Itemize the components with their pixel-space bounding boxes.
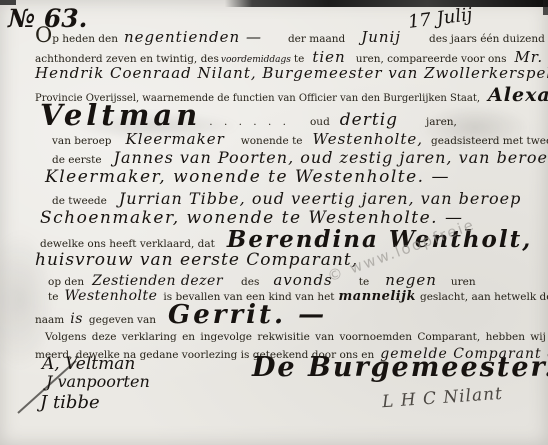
handwritten-entry-witness2: Jurrian Tibbe, oud veertig jaren, van be… xyxy=(119,189,522,208)
handwritten-entry-gender: mannelijk xyxy=(339,289,416,304)
handwritten-entry-mother-details: huisvrouw van eerste Comparant, xyxy=(35,250,358,270)
printed-text: des jaars één duizend xyxy=(429,33,545,45)
printed-text: de eerste xyxy=(52,154,102,166)
scan-edge-right xyxy=(543,0,548,15)
handwritten-entry-father-age: dertig xyxy=(340,110,398,130)
printed-text: te xyxy=(359,276,369,288)
printed-text: naam xyxy=(35,314,64,326)
drop-cap: O xyxy=(35,30,52,40)
handwritten-entry-birth-day: Zestienden dezer xyxy=(92,273,223,289)
handwritten-entry-father-residence: Westenholte, xyxy=(313,130,424,148)
printed-text: de tweede xyxy=(52,195,107,207)
printed-text: van beroep xyxy=(52,135,112,147)
handwritten-word: is xyxy=(70,311,83,327)
handwritten-entry-child-name: Gerrit. — xyxy=(168,300,327,330)
printed-text: jaren, xyxy=(426,116,457,128)
signature-official-name: L H C Nilant xyxy=(381,384,503,412)
printed-text: Volgens deze verklaring en ingevolge rek… xyxy=(45,331,548,343)
handwritten-entry-father-firstname: Alexander xyxy=(488,84,548,106)
handwritten-entry-day: negentienden — xyxy=(124,28,262,46)
handwritten-entry-witness2-details: Schoenmaker, wonende te Westenholte. — xyxy=(40,208,463,228)
printed-text: uren xyxy=(451,276,476,288)
handwritten-entry-month: Junij xyxy=(361,28,401,46)
handwritten-entry-registrar-name: Hendrik Coenraad Nilant, Burgemeester va… xyxy=(35,64,548,82)
handwritten-entry-birth-daypart: avonds xyxy=(273,271,332,289)
handwritten-entry-father-occupation: Kleermaker xyxy=(126,130,225,148)
printed-text: gegeven van xyxy=(89,314,156,326)
printed-text: geslacht, aan hetwelk de voor- xyxy=(420,291,548,303)
printed-text: geadsisteerd met twee getuigen, xyxy=(431,135,548,147)
printed-text: wonende te xyxy=(241,135,303,147)
printed-text: oud xyxy=(310,116,330,128)
dotted-ruling: . . . . . . xyxy=(209,116,290,128)
signature-witness-2: J vanpoorten xyxy=(46,372,150,391)
birth-record-scan: № 63. 17 Julij Op heden den negentienden… xyxy=(0,0,548,445)
printed-text: op den xyxy=(48,276,84,288)
handwritten-entry-birth-hour: negen xyxy=(385,271,437,289)
signature-witness-1: A, Veltman xyxy=(42,354,135,374)
signature-witness-3: J tibbe xyxy=(40,392,100,413)
handwritten-entry-witness1: Jannes van Poorten, oud zestig jaren, va… xyxy=(114,148,548,167)
handwritten-entry-witness1-details: Kleermaker, wonende te Westenholte. — xyxy=(45,167,450,187)
printed-text: der maand xyxy=(288,33,345,45)
signature-official-title: De Burgemeester. xyxy=(252,352,548,383)
handwritten-entry-father-surname: Veltman xyxy=(40,98,201,132)
printed-text: dewelke ons heeft verklaard, dat xyxy=(40,238,215,250)
printed-text: des xyxy=(241,276,259,288)
printed-text: p heden den xyxy=(52,33,118,45)
